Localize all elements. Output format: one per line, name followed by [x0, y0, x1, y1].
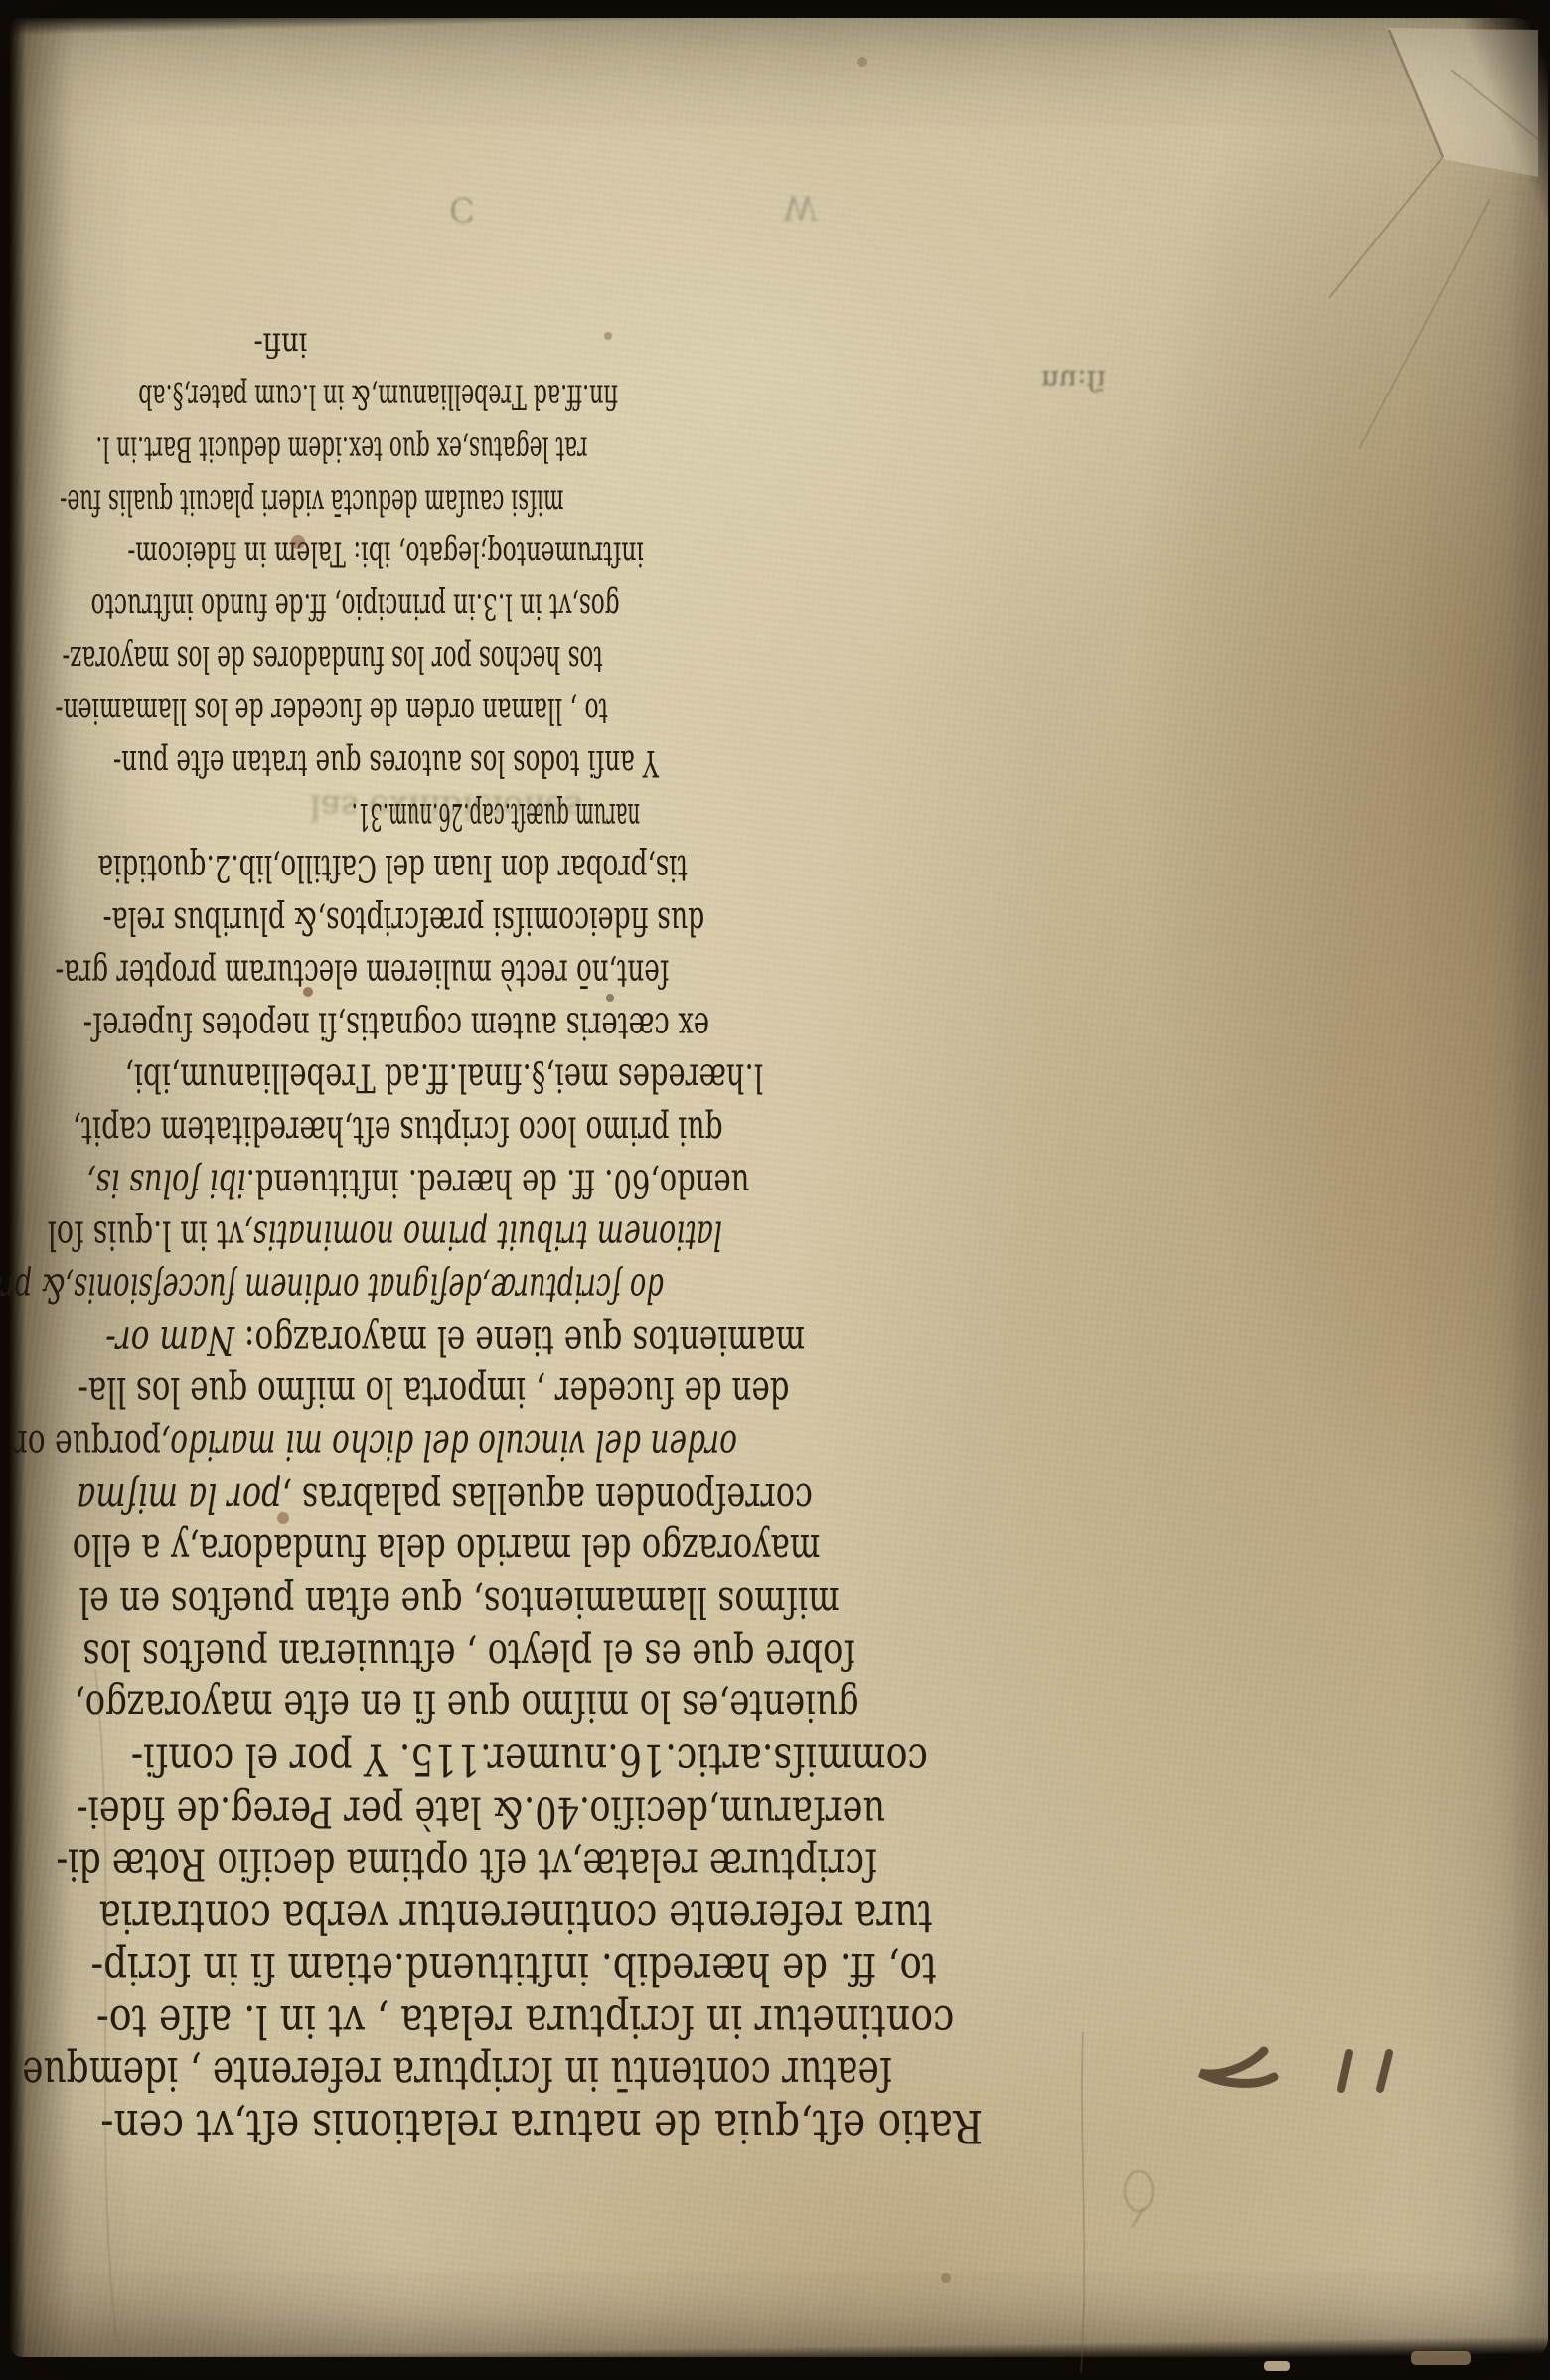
- text-line: commiſs.artic.16.numer.115. Y por el con…: [253, 1734, 1136, 1787]
- text-block: Ratio eſt,quia de natura relationis eſt,…: [253, 318, 1136, 2152]
- text-line: den de ſuceder , importa lo miſmo que lo…: [253, 1367, 1136, 1420]
- text-line: tos hechos por los fundadores de los may…: [253, 634, 1136, 687]
- text-line: orden del vinculo del dicho mi marido,po…: [253, 1419, 1136, 1472]
- text-line: to , llaman orden de ſuceder de los llam…: [253, 687, 1136, 739]
- text-line: uerſarum,deciſio.40.& latè per Pereg.de …: [253, 1786, 1136, 1838]
- text-line: do ſcripturæ,deſignat ordinem ſucceſsion…: [253, 1262, 1136, 1315]
- bottom-edge-shadow: [0, 2333, 1550, 2380]
- text-line: lationem tribuit primo nominatis,vt in l…: [253, 1210, 1136, 1263]
- text-line: qui primo loco ſcriptus eſt,hæreditatem …: [253, 1105, 1136, 1158]
- text-line: ſeatur contentū in ſcriptura referente ,…: [253, 2048, 1136, 2101]
- text-line: guiente,es lo miſmo que ſi en eſte mayor…: [253, 1681, 1136, 1734]
- text-line: miſsi cauſam deductā videri placuit qual…: [253, 477, 1136, 530]
- text-line: rat legatus,ex quo tex.idem deducit Bart…: [253, 424, 1136, 477]
- text-line: tura referente continerentur verba contr…: [253, 1891, 1136, 1944]
- text-line: tis,probar don Iuan del Caſtillo,lib.2.q…: [253, 844, 1136, 896]
- text-line: l.hæredes mei,§.final.ff.ad Trebellianum…: [253, 1053, 1136, 1106]
- text-line: inſtrumentoq;legato, ibi: Talem in fidei…: [253, 530, 1136, 582]
- gutter-edge-shadow: [0, 0, 26, 2380]
- text-line: continetur in ſcriptura relata , vt in l…: [253, 1995, 1136, 2048]
- text-line: mamientos que tiene el mayorazgo: Nam or…: [253, 1315, 1136, 1367]
- text-line: to, ff. de hæredib. inſtituend.etiam ſi …: [253, 1943, 1136, 1995]
- corner-backdrop-wedge: [1421, 0, 1550, 358]
- top-edge-shadow: [0, 0, 1550, 44]
- text-line: gos,vt in l.3.in principio, ff.de fundo …: [253, 581, 1136, 634]
- text-line: ſcripturæ relatæ,vt eſt optima deciſio R…: [253, 1838, 1136, 1891]
- text-line: dus fideicomiſsi præſcriptos,& pluribus …: [253, 896, 1136, 949]
- signature-ghost-icon: C: [449, 189, 475, 229]
- press-figure-ghost-icon: W: [783, 187, 818, 227]
- catchword: infi-: [253, 320, 1136, 373]
- text-line: correſponden aquellas palabras ,por la m…: [253, 1472, 1136, 1524]
- text-line: mayorazgo del marido dela fundadora,y a …: [253, 1524, 1136, 1577]
- text-line: uendo,60. ff. de hæred. inſtituend.ibi ſ…: [253, 1158, 1136, 1210]
- text-line: ſent,nō rectè mulierem electuram propter…: [253, 948, 1136, 1001]
- text-line: ex cæteris autem cognatis,ſi nepotes ſup…: [253, 1001, 1136, 1053]
- text-line: Ratio eſt,quia de natura relationis eſt,…: [253, 2100, 1136, 2152]
- text-line: fin.ff.ad Trebellianum,& in l.cum pater,…: [253, 373, 1136, 425]
- text-line: miſmos llamamientos, que eſtan pueſtos e…: [253, 1576, 1136, 1629]
- text-line: narum quæſt.cap.26.num.31.: [253, 791, 1136, 844]
- text-line: Y anſi todos los autores que tratan eſte…: [253, 738, 1136, 791]
- scanned-book-photo: { "document": { "kind": "early printed l…: [0, 0, 1550, 2380]
- text-line: ſobre que es el pleyto , eſtuuieran pueſ…: [253, 1629, 1136, 1681]
